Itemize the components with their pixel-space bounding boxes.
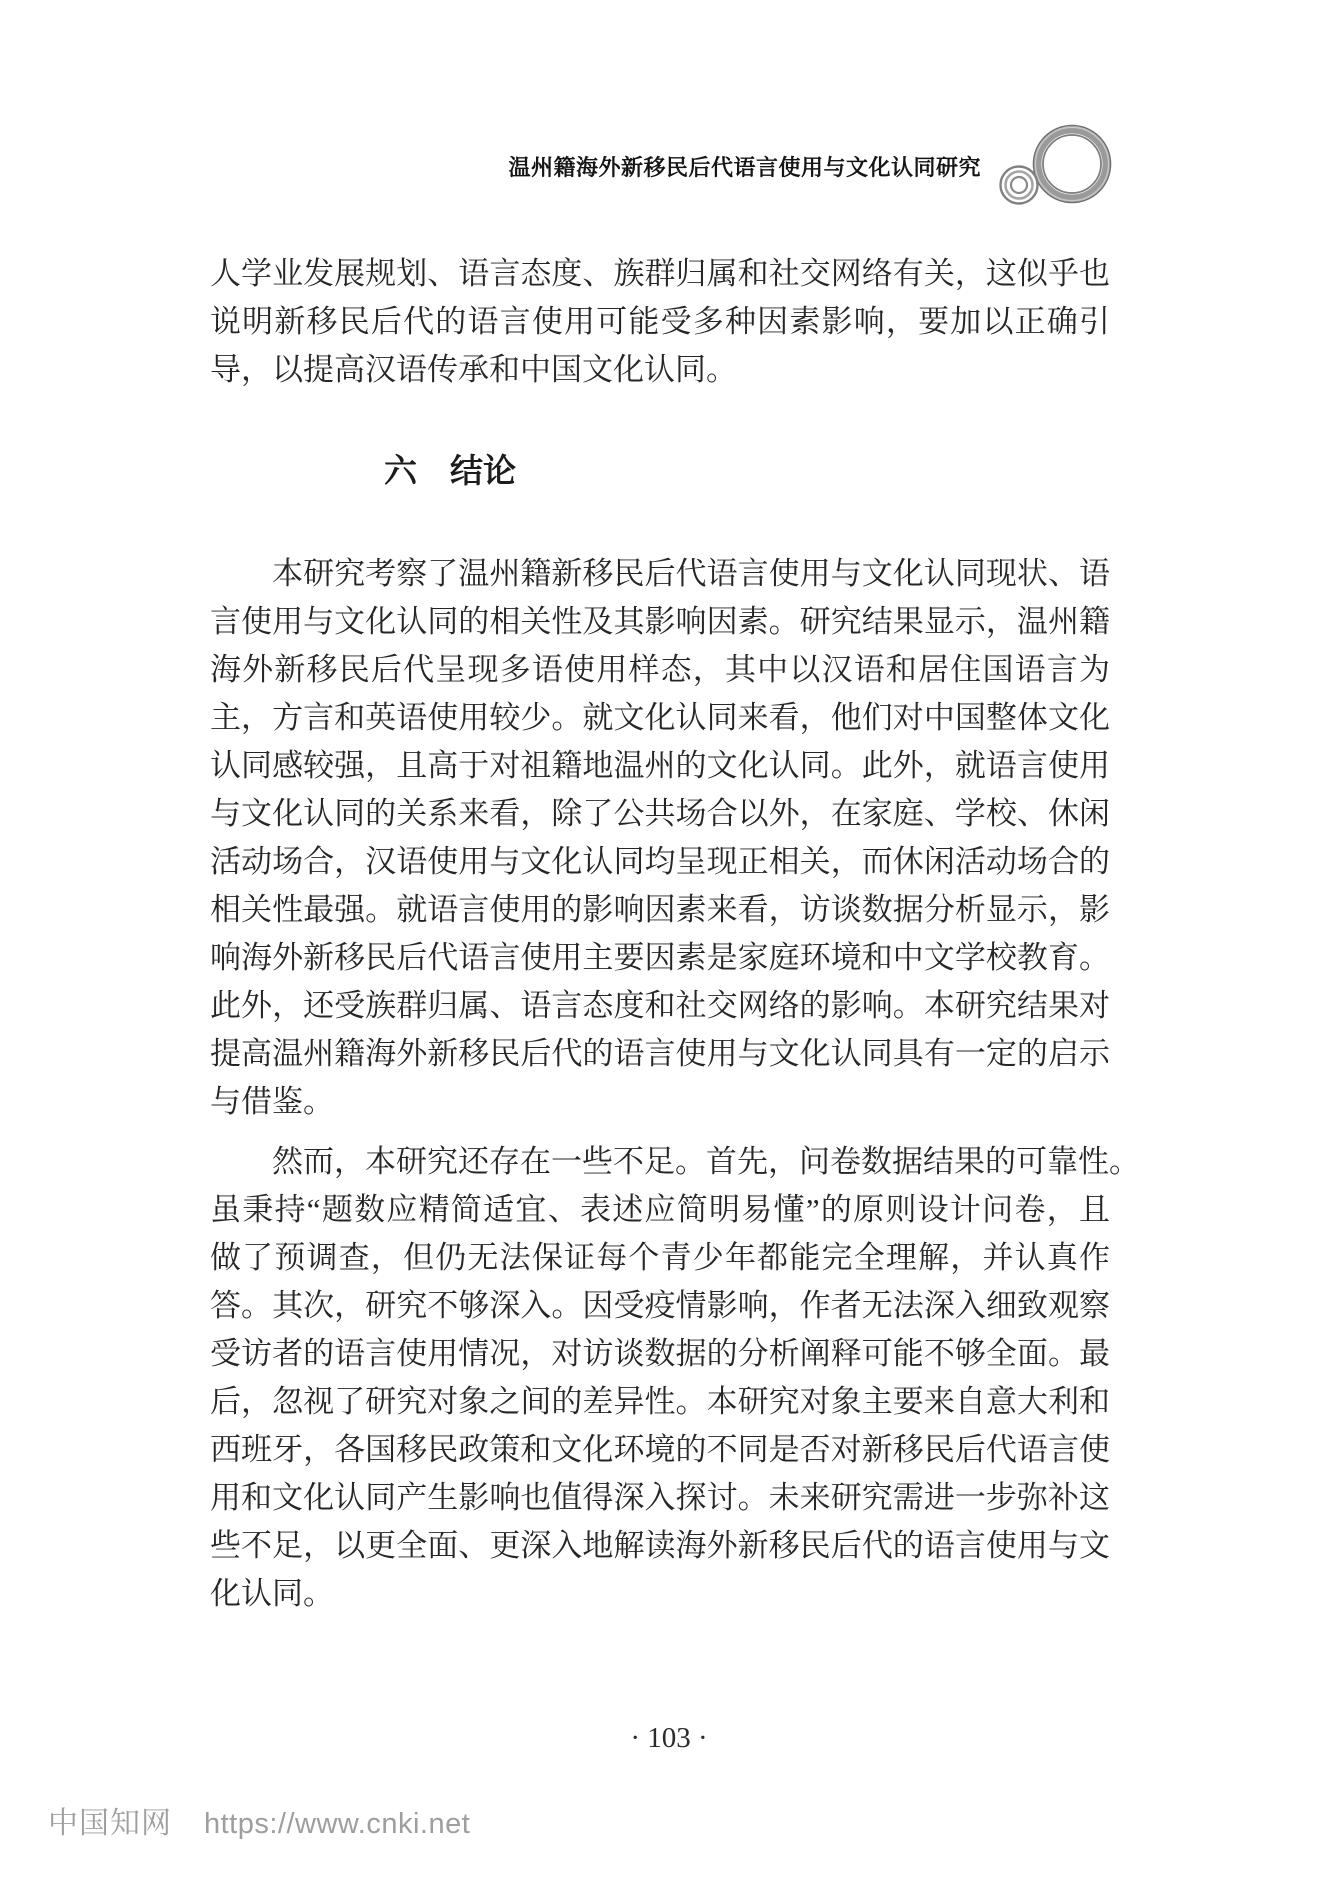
paragraph-limitations: 然而，本研究还存在一些不足。首先，问卷数据结果的可靠性。虽秉持“题数应精简适宜、…	[210, 1138, 1110, 1618]
text-line: 认同感较强，且高于对祖籍地温州的文化认同。此外，就语言使用	[210, 742, 1110, 790]
text-line: 说明新移民后代的语言使用可能受多种因素影响，要加以正确引	[210, 298, 1110, 346]
section-heading: 六结论	[0, 448, 900, 496]
text-line: 后，忽视了研究对象之间的差异性。本研究对象主要来自意大利和	[210, 1378, 1110, 1426]
running-head-title: 温州籍海外新移民后代语言使用与文化认同研究	[508, 151, 981, 182]
text-line: 此外，还受族群归属、语言态度和社交网络的影响。本研究结果对	[210, 982, 1110, 1030]
cnki-brand-text: 中国知网	[48, 1798, 172, 1842]
text-line: 本研究考察了温州籍新移民后代语言使用与文化认同现状、语	[210, 550, 1110, 598]
rings-logo-icon	[995, 122, 1115, 210]
section-number: 六	[384, 454, 417, 490]
text-line: 与文化认同的关系来看，除了公共场合以外，在家庭、学校、休闲	[210, 790, 1110, 838]
text-line: 西班牙，各国移民政策和文化环境的不同是否对新移民后代语言使	[210, 1426, 1110, 1474]
text-line: 响海外新移民后代语言使用主要因素是家庭环境和中文学校教育。	[210, 934, 1110, 982]
text-line: 与借鉴。	[210, 1078, 1110, 1126]
text-line: 然而，本研究还存在一些不足。首先，问卷数据结果的可靠性。	[210, 1138, 1110, 1186]
text-line: 相关性最强。就语言使用的影响因素来看，访谈数据分析显示，影	[210, 886, 1110, 934]
document-page: 温州籍海外新移民后代语言使用与文化认同研究 人学业发展规划、语言态度、族群归属和…	[0, 0, 1338, 1890]
text-line: 虽秉持“题数应精简适宜、表述应简明易懂”的原则设计问卷，且	[210, 1186, 1110, 1234]
text-line: 些不足，以更全面、更深入地解读海外新移民后代的语言使用与文	[210, 1522, 1110, 1570]
text-line: 做了预调查，但仍无法保证每个青少年都能完全理解，并认真作	[210, 1234, 1110, 1282]
text-line: 活动场合，汉语使用与文化认同均呈现正相关，而休闲活动场合的	[210, 838, 1110, 886]
cnki-watermark: 中国知网 https://www.cnki.net	[48, 1798, 470, 1842]
text-line: 化认同。	[210, 1570, 1110, 1618]
text-line: 提高温州籍海外新移民后代的语言使用与文化认同具有一定的启示	[210, 1030, 1110, 1078]
cnki-url-text: https://www.cnki.net	[204, 1808, 470, 1841]
page-number: · 103 ·	[0, 1722, 1338, 1754]
text-line: 受访者的语言使用情况，对访谈数据的分析阐释可能不够全面。最	[210, 1330, 1110, 1378]
section-title: 结论	[450, 454, 516, 490]
paragraph-conclusion: 本研究考察了温州籍新移民后代语言使用与文化认同现状、语言使用与文化认同的相关性及…	[210, 550, 1110, 1126]
text-line: 言使用与文化认同的相关性及其影响因素。研究结果显示，温州籍	[210, 598, 1110, 646]
text-line: 答。其次，研究不够深入。因受疫情影响，作者无法深入细致观察	[210, 1282, 1110, 1330]
paragraph-intro: 人学业发展规划、语言态度、族群归属和社交网络有关，这似乎也说明新移民后代的语言使…	[210, 250, 1110, 394]
text-line: 导，以提高汉语传承和中国文化认同。	[210, 346, 1110, 394]
text-line: 用和文化认同产生影响也值得深入探讨。未来研究需进一步弥补这	[210, 1474, 1110, 1522]
page-header: 温州籍海外新移民后代语言使用与文化认同研究	[0, 118, 1115, 214]
text-line: 主，方言和英语使用较少。就文化认同来看，他们对中国整体文化	[210, 694, 1110, 742]
text-line: 海外新移民后代呈现多语使用样态，其中以汉语和居住国语言为	[210, 646, 1110, 694]
text-line: 人学业发展规划、语言态度、族群归属和社交网络有关，这似乎也	[210, 250, 1110, 298]
